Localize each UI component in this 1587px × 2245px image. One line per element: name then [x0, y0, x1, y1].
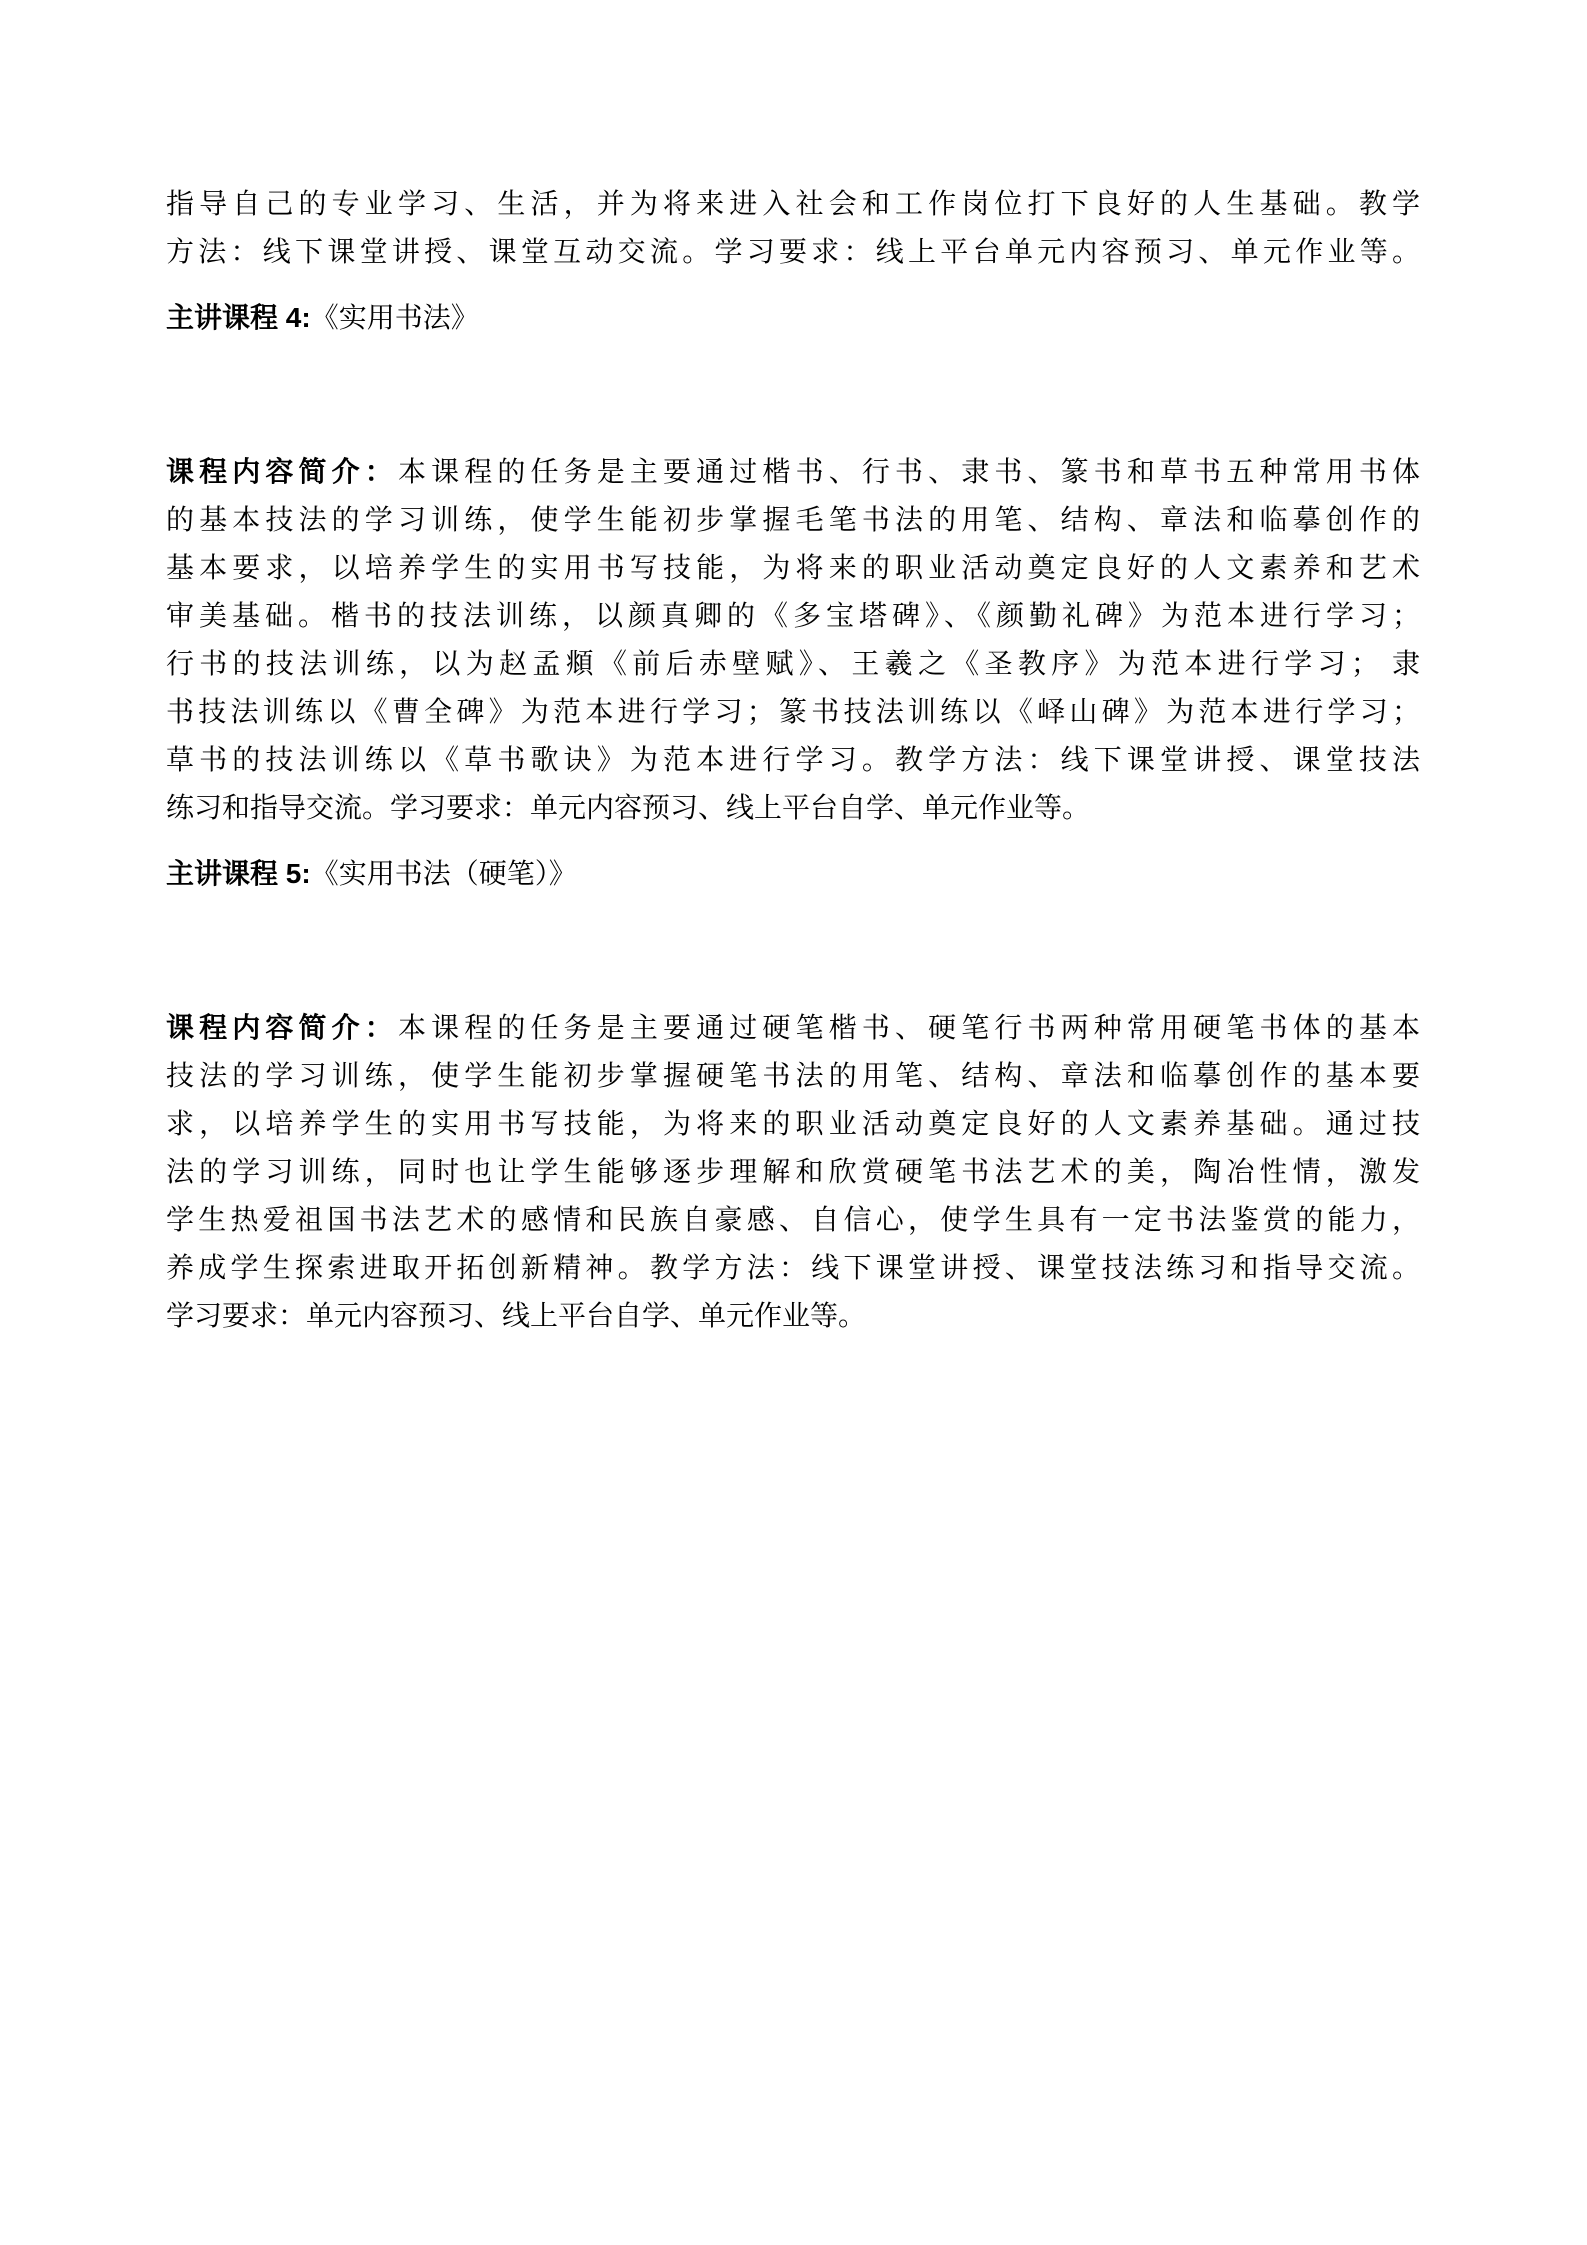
text-line: 练习和指导交流。学习要求：单元内容预习、线上平台自学、单元作业等。 [166, 784, 1420, 832]
text-line: 的基本技法的学习训练，使学生能初步掌握毛笔书法的用笔、结构、章法和临摹创作的 [166, 496, 1420, 544]
text-line: 养成学生探索进取开拓创新精神。教学方法：线下课堂讲授、课堂技法练习和指导交流。 [166, 1244, 1420, 1292]
heading-course-4-label: 主讲课程 4: [166, 302, 311, 333]
paragraph-lead-label: 课程内容简介： [166, 456, 398, 487]
text-line: 方法：线下课堂讲授、课堂互动交流。学习要求：线上平台单元内容预习、单元作业等。 [166, 228, 1420, 276]
text-line: 学生热爱祖国书法艺术的感情和民族自豪感、自信心，使学生具有一定书法鉴赏的能力， [166, 1196, 1420, 1244]
text-line: 基本要求，以培养学生的实用书写技能，为将来的职业活动奠定良好的人文素养和艺术 [166, 544, 1420, 592]
blank-line [166, 916, 1420, 1004]
heading-course-5: 主讲课程 5:《实用书法（硬笔）》 [166, 850, 1420, 898]
paragraph-intro-continuation: 指导自己的专业学习、生活，并为将来进入社会和工作岗位打下良好的人生基础。教学方法… [166, 180, 1420, 276]
text-line: 法的学习训练，同时也让学生能够逐步理解和欣赏硬笔书法艺术的美，陶冶性情，激发 [166, 1148, 1420, 1196]
text-line: 技法的学习训练，使学生能初步掌握硬笔书法的用笔、结构、章法和临摹创作的基本要 [166, 1052, 1420, 1100]
document-page: 指导自己的专业学习、生活，并为将来进入社会和工作岗位打下良好的人生基础。教学方法… [0, 0, 1587, 2245]
heading-course-4-title: 《实用书法》 [311, 302, 479, 333]
blank-line [166, 360, 1420, 448]
text-line: 审美基础。楷书的技法训练，以颜真卿的《多宝塔碑》、《颜勤礼碑》为范本进行学习； [166, 592, 1420, 640]
text-line: 书技法训练以《曹全碑》为范本进行学习；篆书技法训练以《峄山碑》为范本进行学习； [166, 688, 1420, 736]
text-line: 课程内容简介：本课程的任务是主要通过楷书、行书、隶书、篆书和草书五种常用书体 [166, 448, 1420, 496]
paragraph-course-4-description: 课程内容简介：本课程的任务是主要通过楷书、行书、隶书、篆书和草书五种常用书体的基… [166, 448, 1420, 832]
text-line: 行书的技法训练，以为赵孟頫《前后赤壁赋》、王羲之《圣教序》为范本进行学习； 隶 [166, 640, 1420, 688]
text-line: 草书的技法训练以《草书歌诀》为范本进行学习。教学方法：线下课堂讲授、课堂技法 [166, 736, 1420, 784]
text-line: 求，以培养学生的实用书写技能，为将来的职业活动奠定良好的人文素养基础。通过技 [166, 1100, 1420, 1148]
heading-course-5-label: 主讲课程 5: [166, 858, 311, 889]
paragraph-lead-label: 课程内容简介： [166, 1012, 398, 1043]
text-line: 课程内容简介：本课程的任务是主要通过硬笔楷书、硬笔行书两种常用硬笔书体的基本 [166, 1004, 1420, 1052]
heading-course-5-title: 《实用书法（硬笔）》 [311, 858, 577, 889]
text-line: 指导自己的专业学习、生活，并为将来进入社会和工作岗位打下良好的人生基础。教学 [166, 180, 1420, 228]
heading-course-4: 主讲课程 4:《实用书法》 [166, 294, 1420, 342]
text-line: 学习要求：单元内容预习、线上平台自学、单元作业等。 [166, 1292, 1420, 1340]
paragraph-course-5-description: 课程内容简介：本课程的任务是主要通过硬笔楷书、硬笔行书两种常用硬笔书体的基本技法… [166, 1004, 1420, 1340]
